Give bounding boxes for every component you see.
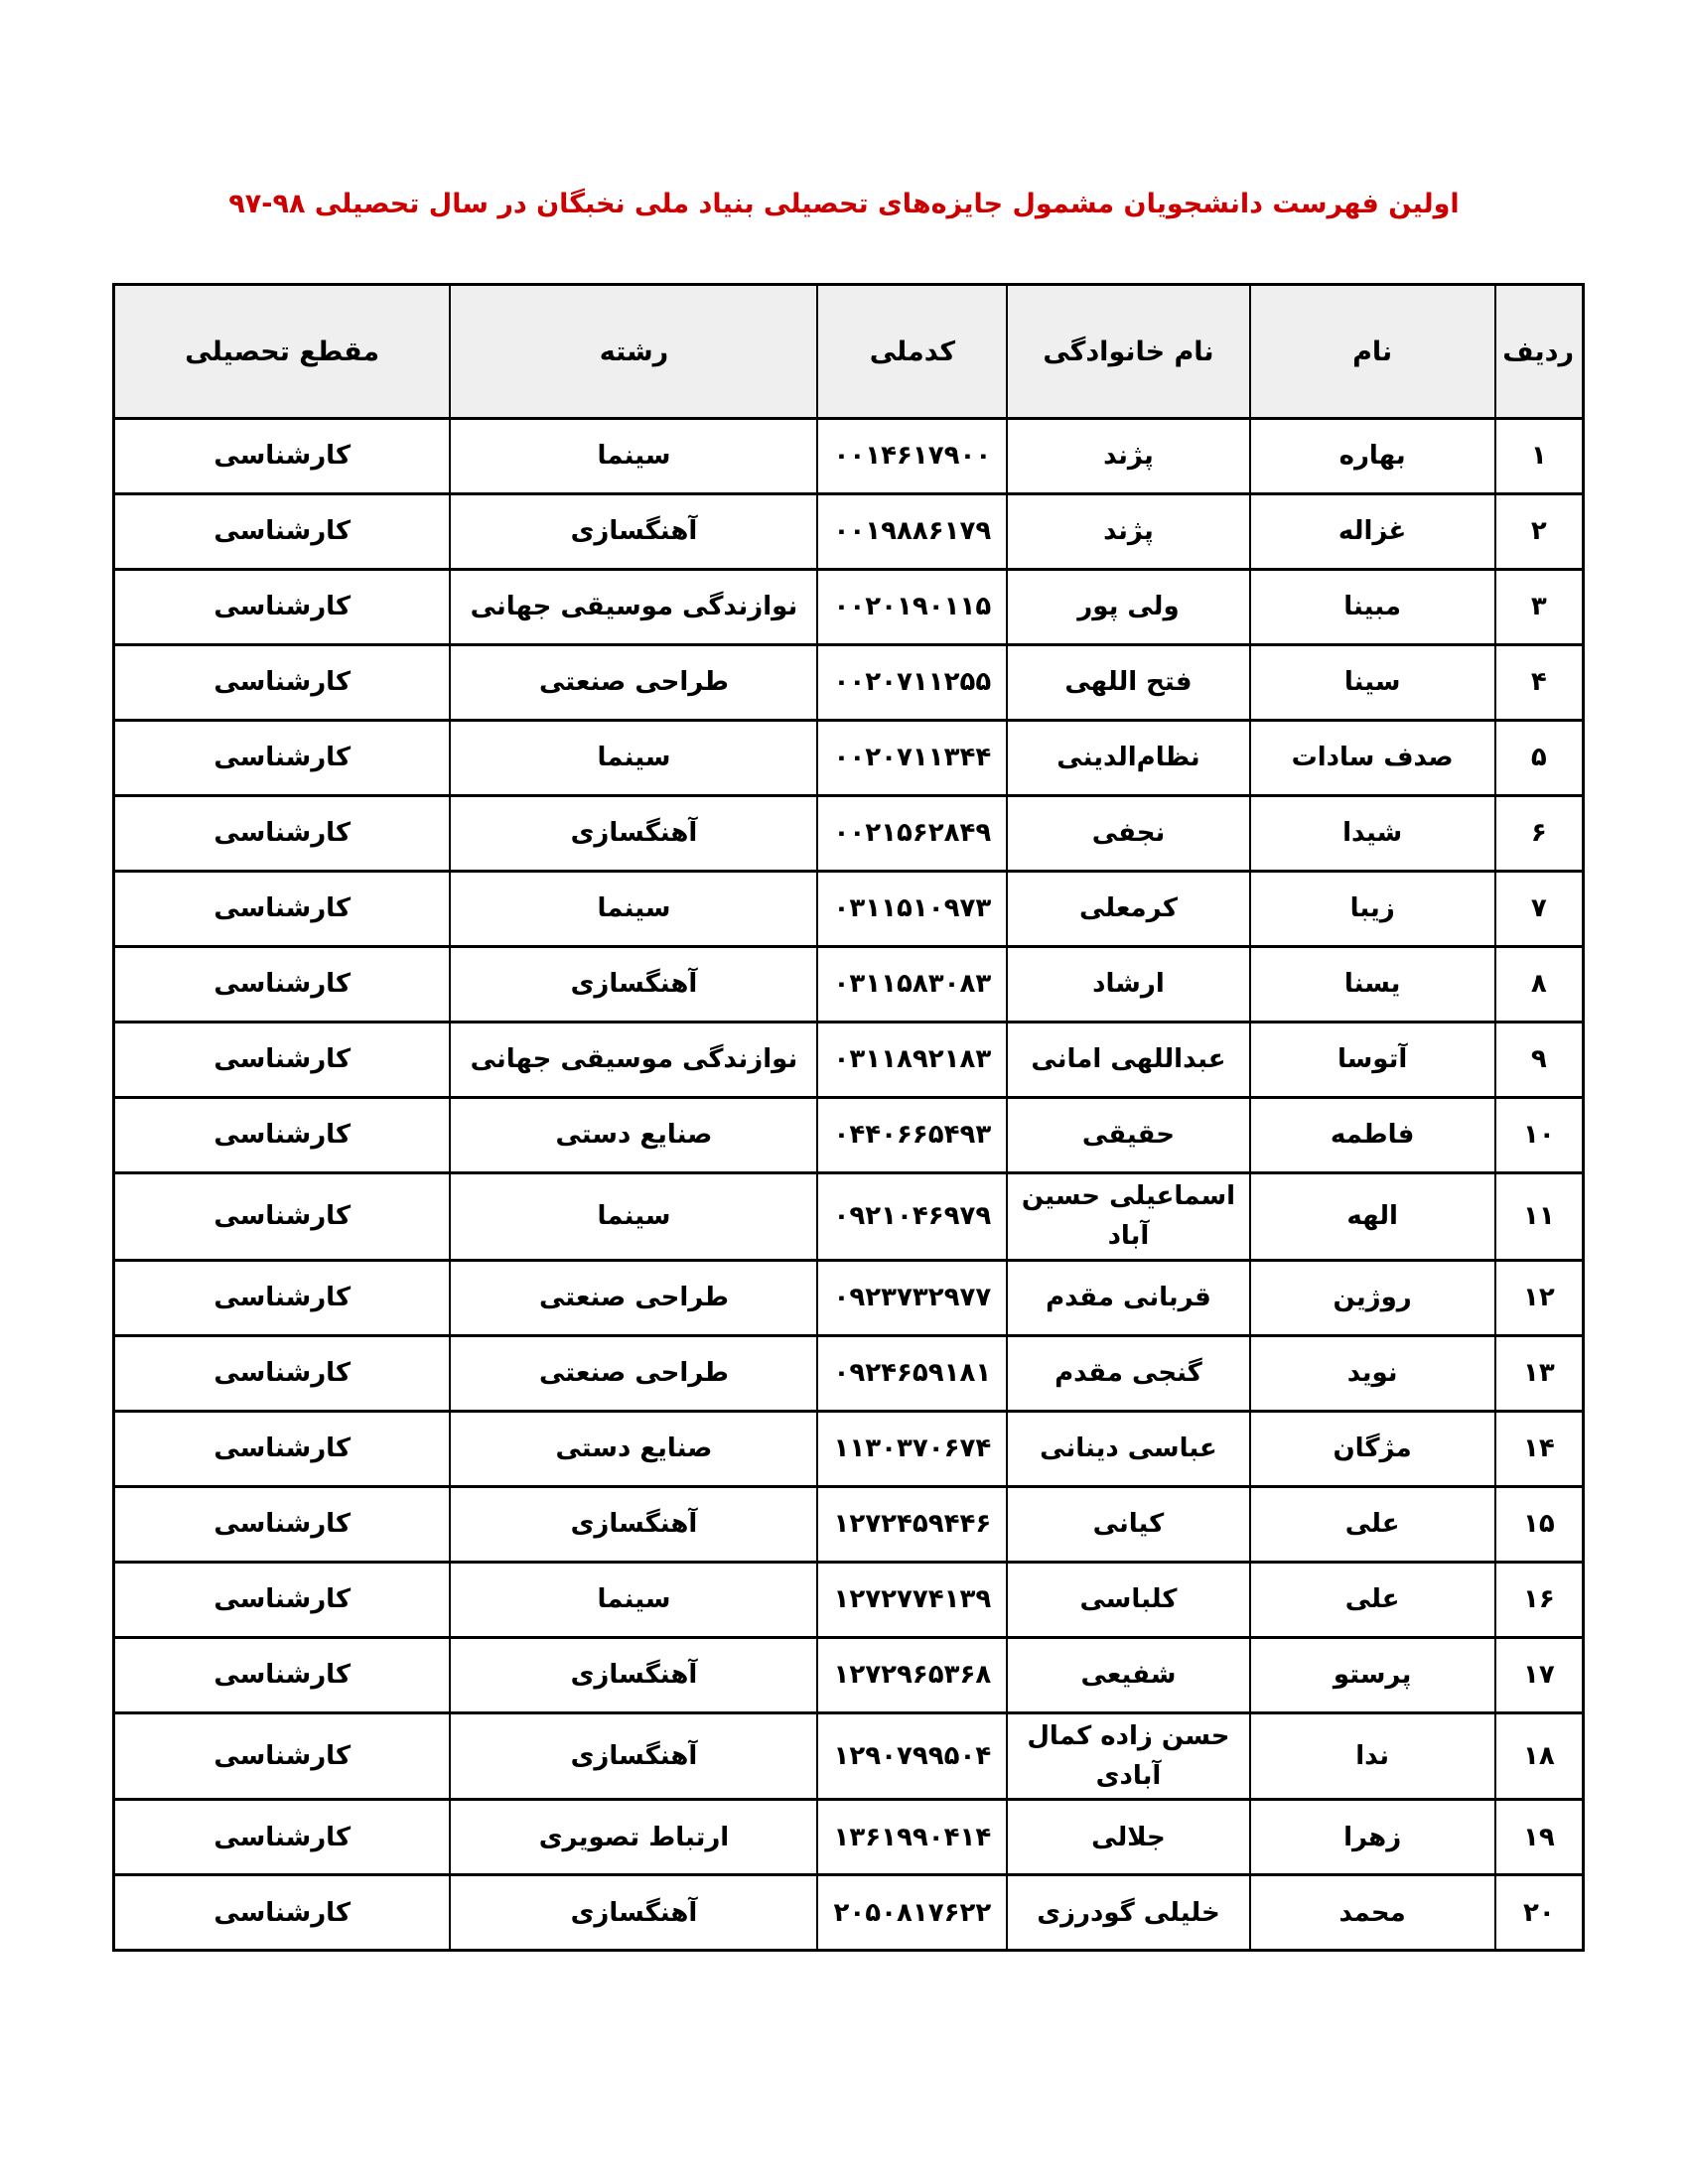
cell-degree: کارشناسی — [114, 1098, 451, 1173]
cell-family: نظام‌الدینی — [1007, 721, 1249, 796]
cell-natid: ۱۱۳۰۳۷۰۶۷۴ — [817, 1411, 1007, 1486]
table-row: ۶شیدانجفی۰۰۲۱۵۶۲۸۴۹آهنگسازیکارشناسی — [114, 796, 1584, 872]
cell-family: فتح اللهی — [1007, 645, 1249, 721]
cell-degree: کارشناسی — [114, 1335, 451, 1411]
cell-degree: کارشناسی — [114, 1023, 451, 1098]
cell-family: ولی پور — [1007, 570, 1249, 645]
table-row: ۱۷پرستوشفیعی۱۲۷۲۹۶۵۳۶۸آهنگسازیکارشناسی — [114, 1637, 1584, 1712]
cell-radif: ۱۱ — [1495, 1173, 1584, 1261]
cell-degree: کارشناسی — [114, 721, 451, 796]
cell-degree: کارشناسی — [114, 1260, 451, 1335]
cell-name: بهاره — [1250, 419, 1495, 494]
cell-radif: ۱۸ — [1495, 1712, 1584, 1800]
cell-family: حقیقی — [1007, 1098, 1249, 1173]
cell-field: آهنگسازی — [450, 796, 817, 872]
cell-family: کلباسی — [1007, 1562, 1249, 1637]
cell-natid: ۰۰۲۱۵۶۲۸۴۹ — [817, 796, 1007, 872]
cell-radif: ۱۲ — [1495, 1260, 1584, 1335]
table-row: ۹آتوساعبداللهی امانی۰۳۱۱۸۹۲۱۸۳نوازندگی م… — [114, 1023, 1584, 1098]
cell-field: آهنگسازی — [450, 494, 817, 570]
table-row: ۱۰فاطمهحقیقی۰۴۴۰۶۶۵۴۹۳صنایع دستیکارشناسی — [114, 1098, 1584, 1173]
column-header-radif: ردیف — [1495, 285, 1584, 419]
cell-name: نوید — [1250, 1335, 1495, 1411]
cell-degree: کارشناسی — [114, 872, 451, 947]
column-header-family: نام خانوادگی — [1007, 285, 1249, 419]
cell-radif: ۸ — [1495, 947, 1584, 1023]
cell-family: پژند — [1007, 494, 1249, 570]
cell-field: آهنگسازی — [450, 947, 817, 1023]
cell-field: طراحی صنعتی — [450, 645, 817, 721]
table-row: ۱۵علیکیانی۱۲۷۲۴۵۹۴۴۶آهنگسازیکارشناسی — [114, 1486, 1584, 1562]
cell-family: عبداللهی امانی — [1007, 1023, 1249, 1098]
page-title: اولین فهرست دانشجویان مشمول جایزه‌های تح… — [0, 189, 1688, 219]
cell-field: سینما — [450, 872, 817, 947]
cell-name: شیدا — [1250, 796, 1495, 872]
cell-family: اسماعیلی حسین آباد — [1007, 1173, 1249, 1261]
cell-family: گنجی مقدم — [1007, 1335, 1249, 1411]
cell-field: آهنگسازی — [450, 1486, 817, 1562]
cell-field: آهنگسازی — [450, 1637, 817, 1712]
cell-natid: ۰۴۴۰۶۶۵۴۹۳ — [817, 1098, 1007, 1173]
cell-degree: کارشناسی — [114, 494, 451, 570]
cell-field: سینما — [450, 1173, 817, 1261]
cell-degree: کارشناسی — [114, 1411, 451, 1486]
table-row: ۱۶علیکلباسی۱۲۷۲۷۷۴۱۳۹سینماکارشناسی — [114, 1562, 1584, 1637]
cell-radif: ۹ — [1495, 1023, 1584, 1098]
cell-field: نوازندگی موسیقی جهانی — [450, 570, 817, 645]
cell-name: ندا — [1250, 1712, 1495, 1800]
cell-degree: کارشناسی — [114, 1173, 451, 1261]
cell-natid: ۰۳۱۱۵۸۳۰۸۳ — [817, 947, 1007, 1023]
table-header: ردیف نام نام خانوادگی کدملی رشته مقطع تح… — [114, 285, 1584, 419]
cell-radif: ۲۰ — [1495, 1875, 1584, 1951]
table-header-row: ردیف نام نام خانوادگی کدملی رشته مقطع تح… — [114, 285, 1584, 419]
students-table-container: ردیف نام نام خانوادگی کدملی رشته مقطع تح… — [112, 283, 1585, 1952]
students-table: ردیف نام نام خانوادگی کدملی رشته مقطع تح… — [112, 283, 1585, 1952]
cell-family: ارشاد — [1007, 947, 1249, 1023]
table-row: ۴سینافتح اللهی۰۰۲۰۷۱۱۲۵۵طراحی صنعتیکارشن… — [114, 645, 1584, 721]
table-row: ۱۹زهراجلالی۱۳۶۱۹۹۰۴۱۴ارتباط تصویریکارشنا… — [114, 1800, 1584, 1875]
column-header-name: نام — [1250, 285, 1495, 419]
cell-degree: کارشناسی — [114, 947, 451, 1023]
cell-name: محمد — [1250, 1875, 1495, 1951]
cell-name: آتوسا — [1250, 1023, 1495, 1098]
cell-natid: ۰۰۲۰۷۱۱۳۴۴ — [817, 721, 1007, 796]
cell-degree: کارشناسی — [114, 1486, 451, 1562]
cell-radif: ۱۰ — [1495, 1098, 1584, 1173]
cell-family: شفیعی — [1007, 1637, 1249, 1712]
cell-name: علی — [1250, 1486, 1495, 1562]
cell-radif: ۱۵ — [1495, 1486, 1584, 1562]
table-row: ۱۳نویدگنجی مقدم۰۹۲۴۶۵۹۱۸۱طراحی صنعتیکارش… — [114, 1335, 1584, 1411]
cell-degree: کارشناسی — [114, 1800, 451, 1875]
table-row: ۱۸نداحسن زاده کمال آبادی۱۲۹۰۷۹۹۵۰۴آهنگسا… — [114, 1712, 1584, 1800]
cell-name: پرستو — [1250, 1637, 1495, 1712]
cell-field: ارتباط تصویری — [450, 1800, 817, 1875]
cell-family: قربانی مقدم — [1007, 1260, 1249, 1335]
cell-natid: ۰۹۲۳۷۳۲۹۷۷ — [817, 1260, 1007, 1335]
cell-radif: ۱۶ — [1495, 1562, 1584, 1637]
cell-field: نوازندگی موسیقی جهانی — [450, 1023, 817, 1098]
cell-radif: ۷ — [1495, 872, 1584, 947]
cell-family: جلالی — [1007, 1800, 1249, 1875]
cell-degree: کارشناسی — [114, 570, 451, 645]
cell-field: سینما — [450, 721, 817, 796]
cell-name: مبینا — [1250, 570, 1495, 645]
cell-radif: ۴ — [1495, 645, 1584, 721]
cell-radif: ۶ — [1495, 796, 1584, 872]
cell-name: الهه — [1250, 1173, 1495, 1261]
cell-degree: کارشناسی — [114, 1637, 451, 1712]
cell-natid: ۱۲۷۲۹۶۵۳۶۸ — [817, 1637, 1007, 1712]
table-row: ۲غزالهپژند۰۰۱۹۸۸۶۱۷۹آهنگسازیکارشناسی — [114, 494, 1584, 570]
cell-degree: کارشناسی — [114, 1562, 451, 1637]
cell-natid: ۰۳۱۱۵۱۰۹۷۳ — [817, 872, 1007, 947]
cell-family: عباسی دینانی — [1007, 1411, 1249, 1486]
table-row: ۷زیباکرمعلی۰۳۱۱۵۱۰۹۷۳سینماکارشناسی — [114, 872, 1584, 947]
cell-family: کرمعلی — [1007, 872, 1249, 947]
cell-natid: ۰۹۲۱۰۴۶۹۷۹ — [817, 1173, 1007, 1261]
cell-family: خلیلی گودرزی — [1007, 1875, 1249, 1951]
table-row: ۸یسناارشاد۰۳۱۱۵۸۳۰۸۳آهنگسازیکارشناسی — [114, 947, 1584, 1023]
cell-field: صنایع دستی — [450, 1098, 817, 1173]
cell-name: غزاله — [1250, 494, 1495, 570]
cell-natid: ۱۲۷۲۷۷۴۱۳۹ — [817, 1562, 1007, 1637]
cell-field: طراحی صنعتی — [450, 1335, 817, 1411]
cell-family: حسن زاده کمال آبادی — [1007, 1712, 1249, 1800]
table-row: ۲۰محمدخلیلی گودرزی۲۰۵۰۸۱۷۶۲۲آهنگسازیکارش… — [114, 1875, 1584, 1951]
cell-natid: ۲۰۵۰۸۱۷۶۲۲ — [817, 1875, 1007, 1951]
document-page: اولین فهرست دانشجویان مشمول جایزه‌های تح… — [0, 0, 1688, 2184]
cell-radif: ۲ — [1495, 494, 1584, 570]
column-header-degree: مقطع تحصیلی — [114, 285, 451, 419]
cell-field: صنایع دستی — [450, 1411, 817, 1486]
cell-radif: ۱۷ — [1495, 1637, 1584, 1712]
cell-radif: ۳ — [1495, 570, 1584, 645]
cell-name: سینا — [1250, 645, 1495, 721]
cell-name: صدف سادات — [1250, 721, 1495, 796]
cell-family: پژند — [1007, 419, 1249, 494]
cell-degree: کارشناسی — [114, 796, 451, 872]
cell-name: مژگان — [1250, 1411, 1495, 1486]
cell-natid: ۰۳۱۱۸۹۲۱۸۳ — [817, 1023, 1007, 1098]
cell-name: فاطمه — [1250, 1098, 1495, 1173]
cell-natid: ۰۰۲۰۱۹۰۱۱۵ — [817, 570, 1007, 645]
table-row: ۱۱الههاسماعیلی حسین آباد۰۹۲۱۰۴۶۹۷۹سینماک… — [114, 1173, 1584, 1261]
cell-degree: کارشناسی — [114, 645, 451, 721]
column-header-natid: کدملی — [817, 285, 1007, 419]
cell-natid: ۰۰۱۴۶۱۷۹۰۰ — [817, 419, 1007, 494]
cell-natid: ۰۰۱۹۸۸۶۱۷۹ — [817, 494, 1007, 570]
cell-field: آهنگسازی — [450, 1875, 817, 1951]
cell-radif: ۵ — [1495, 721, 1584, 796]
cell-family: نجفی — [1007, 796, 1249, 872]
cell-field: آهنگسازی — [450, 1712, 817, 1800]
cell-radif: ۱ — [1495, 419, 1584, 494]
cell-name: زهرا — [1250, 1800, 1495, 1875]
cell-field: طراحی صنعتی — [450, 1260, 817, 1335]
table-row: ۱۲روژینقربانی مقدم۰۹۲۳۷۳۲۹۷۷طراحی صنعتیک… — [114, 1260, 1584, 1335]
column-header-field: رشته — [450, 285, 817, 419]
cell-degree: کارشناسی — [114, 419, 451, 494]
cell-radif: ۱۳ — [1495, 1335, 1584, 1411]
cell-name: زیبا — [1250, 872, 1495, 947]
table-row: ۳مبیناولی پور۰۰۲۰۱۹۰۱۱۵نوازندگی موسیقی ج… — [114, 570, 1584, 645]
cell-degree: کارشناسی — [114, 1712, 451, 1800]
cell-natid: ۱۳۶۱۹۹۰۴۱۴ — [817, 1800, 1007, 1875]
table-row: ۱۴مژگانعباسی دینانی۱۱۳۰۳۷۰۶۷۴صنایع دستیک… — [114, 1411, 1584, 1486]
cell-natid: ۰۹۲۴۶۵۹۱۸۱ — [817, 1335, 1007, 1411]
table-body: ۱بهارهپژند۰۰۱۴۶۱۷۹۰۰سینماکارشناسی۲غزالهپ… — [114, 419, 1584, 1951]
cell-name: یسنا — [1250, 947, 1495, 1023]
cell-name: روژین — [1250, 1260, 1495, 1335]
cell-natid: ۱۲۷۲۴۵۹۴۴۶ — [817, 1486, 1007, 1562]
cell-radif: ۱۴ — [1495, 1411, 1584, 1486]
cell-field: سینما — [450, 419, 817, 494]
cell-radif: ۱۹ — [1495, 1800, 1584, 1875]
cell-natid: ۱۲۹۰۷۹۹۵۰۴ — [817, 1712, 1007, 1800]
table-row: ۱بهارهپژند۰۰۱۴۶۱۷۹۰۰سینماکارشناسی — [114, 419, 1584, 494]
cell-family: کیانی — [1007, 1486, 1249, 1562]
cell-field: سینما — [450, 1562, 817, 1637]
cell-natid: ۰۰۲۰۷۱۱۲۵۵ — [817, 645, 1007, 721]
table-row: ۵صدف ساداتنظام‌الدینی۰۰۲۰۷۱۱۳۴۴سینماکارش… — [114, 721, 1584, 796]
cell-name: علی — [1250, 1562, 1495, 1637]
cell-degree: کارشناسی — [114, 1875, 451, 1951]
